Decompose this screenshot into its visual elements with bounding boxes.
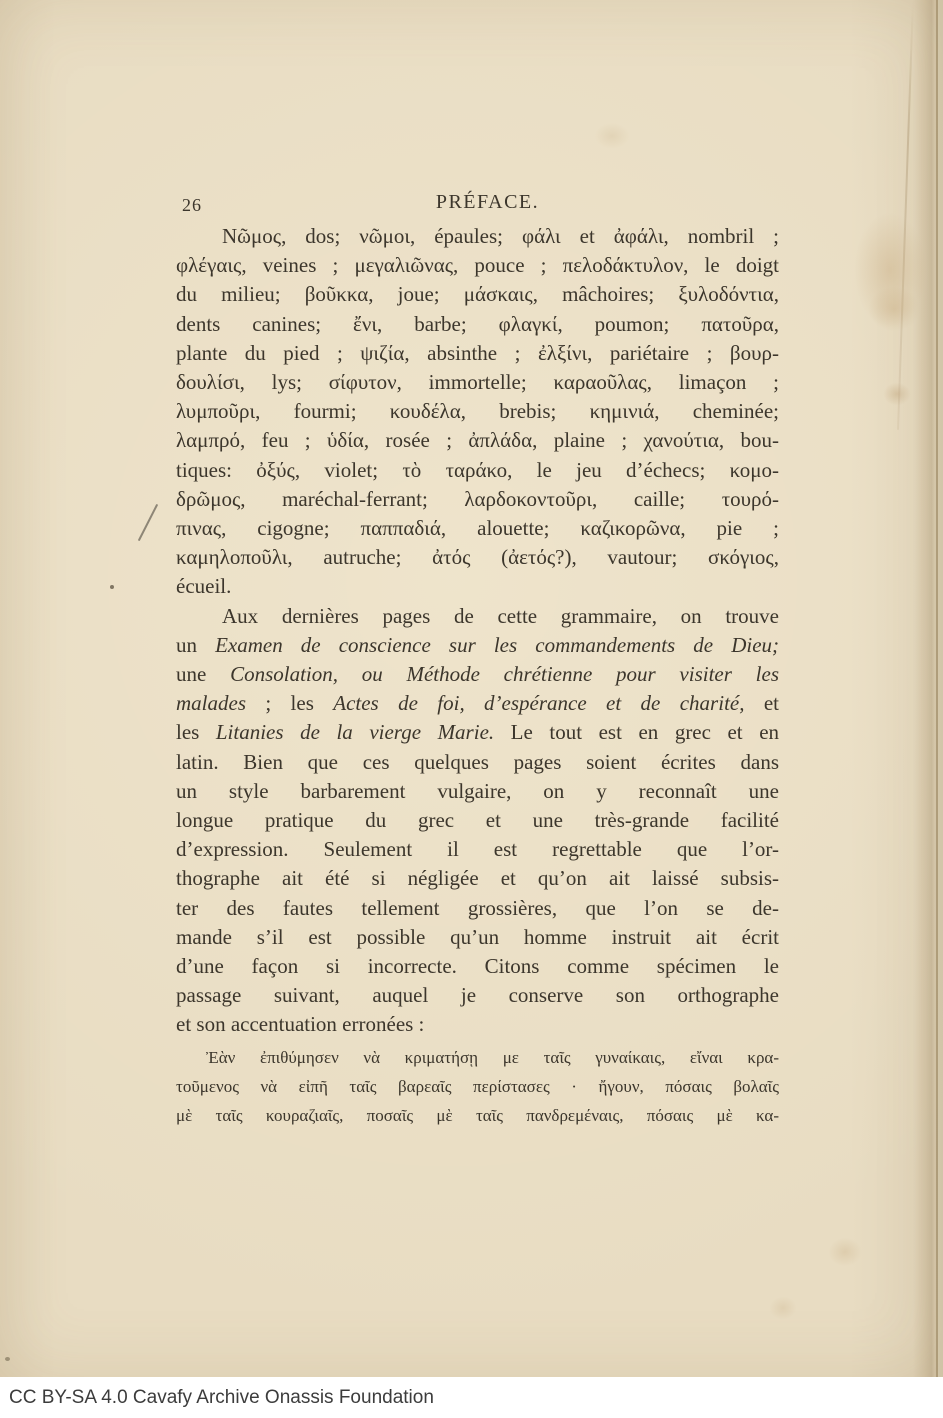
text-line: Ἐὰν ἐπιθύμησεν νὰ κριματήσῃ με ταῖς γυνα… — [176, 1043, 779, 1072]
text-line: dents canines; ἔνι, barbe; φλαγκί, poumo… — [176, 310, 779, 339]
text-line: latin. Bien que ces quelques pages soien… — [176, 748, 779, 777]
text-line: plante du pied ; ψιζία, absinthe ; ἐλξίν… — [176, 339, 779, 368]
text-line: longue pratique du grec et une très-gran… — [176, 806, 779, 835]
text-line: δρῶμος, maréchal-ferrant; λαρδοκοντοῦρι,… — [176, 485, 779, 514]
text-line: une Consolation, ou Méthode chrétienne p… — [176, 660, 779, 689]
license-bar: CC BY-SA 4.0 Cavafy Archive Onassis Foun… — [0, 1377, 943, 1418]
book-page-scan: 26 PRÉFACE. Νῶμος, dos; νῶμοι, épaules; … — [0, 0, 943, 1377]
page-number: 26 — [182, 195, 202, 216]
text-line: thographe ait été si négligée et qu’on a… — [176, 864, 779, 893]
running-head: 26 PRÉFACE. — [176, 191, 779, 217]
paper-crease — [897, 0, 914, 430]
body-text: Νῶμος, dos; νῶμοι, épaules; φάλι et ἀφάλ… — [176, 222, 779, 1130]
text-line: un style barbarement vulgaire, on y reco… — [176, 777, 779, 806]
paragraph-vocabulary-list: Νῶμος, dos; νῶμοι, épaules; φάλι et ἀφάλ… — [176, 222, 779, 602]
text-line: d’une façon si incorrecte. Citons comme … — [176, 952, 779, 981]
text-line: un Examen de conscience sur les commande… — [176, 631, 779, 660]
ink-speck — [110, 585, 114, 589]
stain — [588, 118, 636, 154]
text-line: malades ; les Actes de foi, d’espérance … — [176, 689, 779, 718]
stain — [764, 1292, 802, 1324]
text-line: du milieu; βοῦκκα, joue; μάσκαις, mâchoi… — [176, 280, 779, 309]
paragraph-commentary: Aux dernières pages de cette grammaire, … — [176, 602, 779, 1040]
text-line: Νῶμος, dos; νῶμοι, épaules; φάλι et ἀφάλ… — [176, 222, 779, 251]
text-line: ter des fautes tellement grossières, que… — [176, 894, 779, 923]
license-text: CC BY-SA 4.0 Cavafy Archive Onassis Foun… — [9, 1387, 434, 1409]
text-line: les Litanies de la vierge Marie. Le tout… — [176, 718, 779, 747]
text-line: Aux dernières pages de cette grammaire, … — [176, 602, 779, 631]
text-line: λαμπρό, feu ; ὑδία, rosée ; ἀπλάδα, plai… — [176, 426, 779, 455]
greek-quote-block: Ἐὰν ἐπιθύμησεν νὰ κριματήσῃ με ταῖς γυνα… — [176, 1043, 779, 1130]
pencil-mark — [138, 504, 158, 541]
screenshot-root: 26 PRÉFACE. Νῶμος, dos; νῶμοι, épaules; … — [0, 0, 943, 1418]
text-line: mande s’il est possible qu’un homme inst… — [176, 923, 779, 952]
text-line: et son accentuation erronées : — [176, 1010, 779, 1039]
text-line: écueil. — [176, 572, 779, 601]
text-line: τοῦμενος νὰ εἰπῆ ταῖς βαρεαῖς περίστασες… — [176, 1072, 779, 1101]
text-line: passage suivant, auquel je conserve son … — [176, 981, 779, 1010]
ink-speck — [5, 1357, 10, 1361]
text-line: d’expression. Seulement il est regrettab… — [176, 835, 779, 864]
text-line: λυμποῦρι, fourmi; κουδέλα, brebis; κημιν… — [176, 397, 779, 426]
text-line: φλέγαις, veines ; μεγαλιῶνας, pouce ; πε… — [176, 251, 779, 280]
text-line: πινας, cigogne; παππαδιά, alouette; καζι… — [176, 514, 779, 543]
page-edge-outer — [938, 0, 943, 1377]
stain — [822, 1232, 868, 1272]
text-line: μὲ ταῖς κουραζιαῖς, ποσαῖς μὲ ταῖς πανδρ… — [176, 1101, 779, 1130]
text-line: tiques: ὀξύς, violet; τὸ ταράκο, le jeu … — [176, 456, 779, 485]
text-line: καμηλοποῦλι, autruche; ἀτός (ἀετός?), va… — [176, 543, 779, 572]
page-title: PRÉFACE. — [176, 191, 779, 214]
text-line: δουλίσι, lys; σίφυτον, immortelle; καραο… — [176, 368, 779, 397]
